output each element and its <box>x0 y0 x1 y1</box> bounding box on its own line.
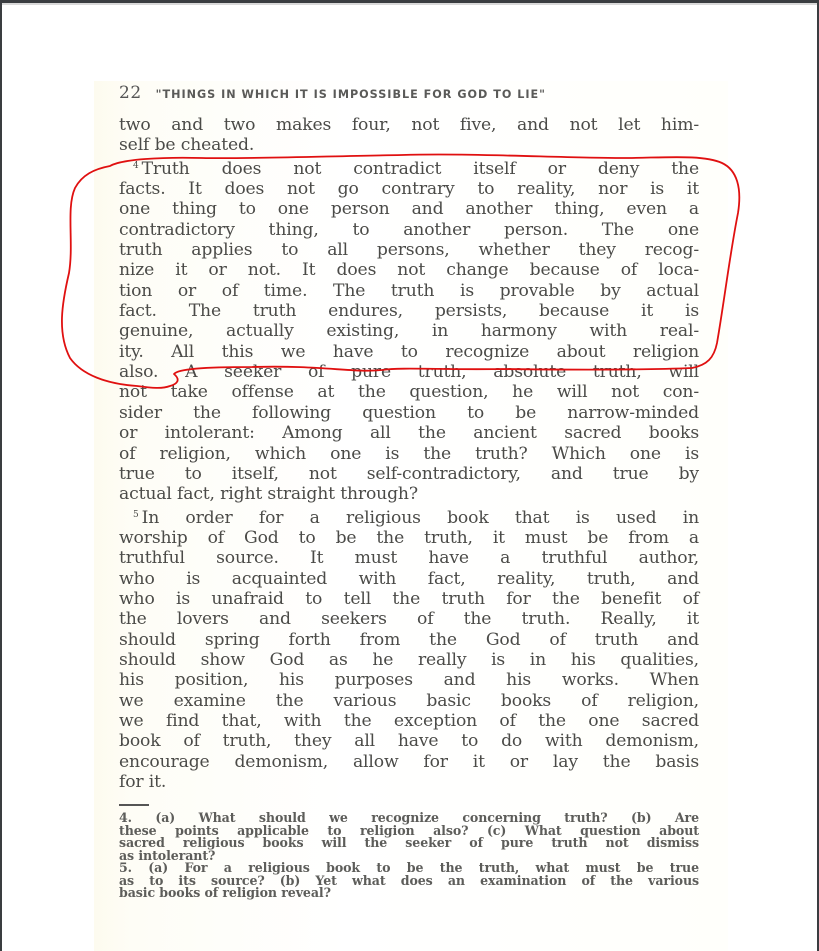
text-line: truthful source. It must have a truthful… <box>119 548 699 568</box>
body-text: two and two makes four, not five, and no… <box>119 115 699 792</box>
text-line: or intolerant: Among all the ancient sac… <box>119 423 699 443</box>
paragraph-5: 5In order for a religious book that is u… <box>119 505 699 793</box>
text-line: of religion, which one is the truth? Whi… <box>119 444 699 464</box>
text-line-content: In order for a religious book that is us… <box>142 508 699 528</box>
text-line: ity. All this we have to recognize about… <box>119 342 699 362</box>
study-question-5: 5. (a) For a religious book to be the tr… <box>119 862 699 900</box>
text-line: facts. It does not go contrary to realit… <box>119 179 699 199</box>
text-line: one thing to one person and another thin… <box>119 199 699 219</box>
text-line: who is unafraid to tell the truth for th… <box>119 589 699 609</box>
text-line: not take offense at the question, he wil… <box>119 382 699 402</box>
text-line: nize it or not. It does not change becau… <box>119 260 699 280</box>
paragraph-4: 4Truth does not contradict itself or den… <box>119 156 699 505</box>
text-line: 4Truth does not contradict itself or den… <box>119 156 699 179</box>
text-line: self be cheated. <box>119 135 699 155</box>
text-line: book of truth, they all have to do with … <box>119 731 699 751</box>
text-line: actual fact, right straight through? <box>119 484 699 504</box>
page-content: 22 "THINGS IN WHICH IT IS IMPOSSIBLE FOR… <box>119 83 699 900</box>
running-title: "THINGS IN WHICH IT IS IMPOSSIBLE FOR GO… <box>156 88 546 101</box>
paragraph-number-marker: 4 <box>133 161 139 171</box>
text-line: the lovers and seekers of the truth. Rea… <box>119 609 699 629</box>
text-line: we find that, with the exception of the … <box>119 711 699 731</box>
text-line: we examine the various basic books of re… <box>119 691 699 711</box>
paragraph-number-marker: 5 <box>133 510 139 520</box>
text-line: true to itself, not self-contradictory, … <box>119 464 699 484</box>
text-line: fact. The truth endures, persists, becau… <box>119 301 699 321</box>
study-questions: 4. (a) What should we recognize concerni… <box>119 812 699 900</box>
text-line: should show God as he really is in his q… <box>119 650 699 670</box>
text-line: encourage demonism, allow for it or lay … <box>119 752 699 772</box>
text-line: also. A seeker of pure truth, absolute t… <box>119 362 699 382</box>
text-line: genuine, actually existing, in harmony w… <box>119 321 699 341</box>
text-line: his position, his purposes and his works… <box>119 670 699 690</box>
running-head: 22 "THINGS IN WHICH IT IS IMPOSSIBLE FOR… <box>119 83 699 111</box>
page-number: 22 <box>119 83 142 103</box>
study-question-4: 4. (a) What should we recognize concerni… <box>119 812 699 862</box>
text-line: two and two makes four, not five, and no… <box>119 115 699 135</box>
text-line-content: Truth does not contradict itself or deny… <box>142 159 699 179</box>
question-line: basic books of religion reveal? <box>119 887 699 900</box>
text-line: truth applies to all persons, whether th… <box>119 240 699 260</box>
text-line: sider the following question to be narro… <box>119 403 699 423</box>
document-viewer: 22 "THINGS IN WHICH IT IS IMPOSSIBLE FOR… <box>0 0 819 951</box>
text-line: who is acquainted with fact, reality, tr… <box>119 569 699 589</box>
text-line: for it. <box>119 772 699 792</box>
text-line: contradictory thing, to another person. … <box>119 220 699 240</box>
text-line: should spring forth from the God of trut… <box>119 630 699 650</box>
footnote-divider <box>119 804 149 806</box>
text-line: 5In order for a religious book that is u… <box>119 505 699 528</box>
text-line: tion or of time. The truth is provable b… <box>119 281 699 301</box>
text-line: worship of God to be the truth, it must … <box>119 528 699 548</box>
continuation-paragraph: two and two makes four, not five, and no… <box>119 115 699 156</box>
